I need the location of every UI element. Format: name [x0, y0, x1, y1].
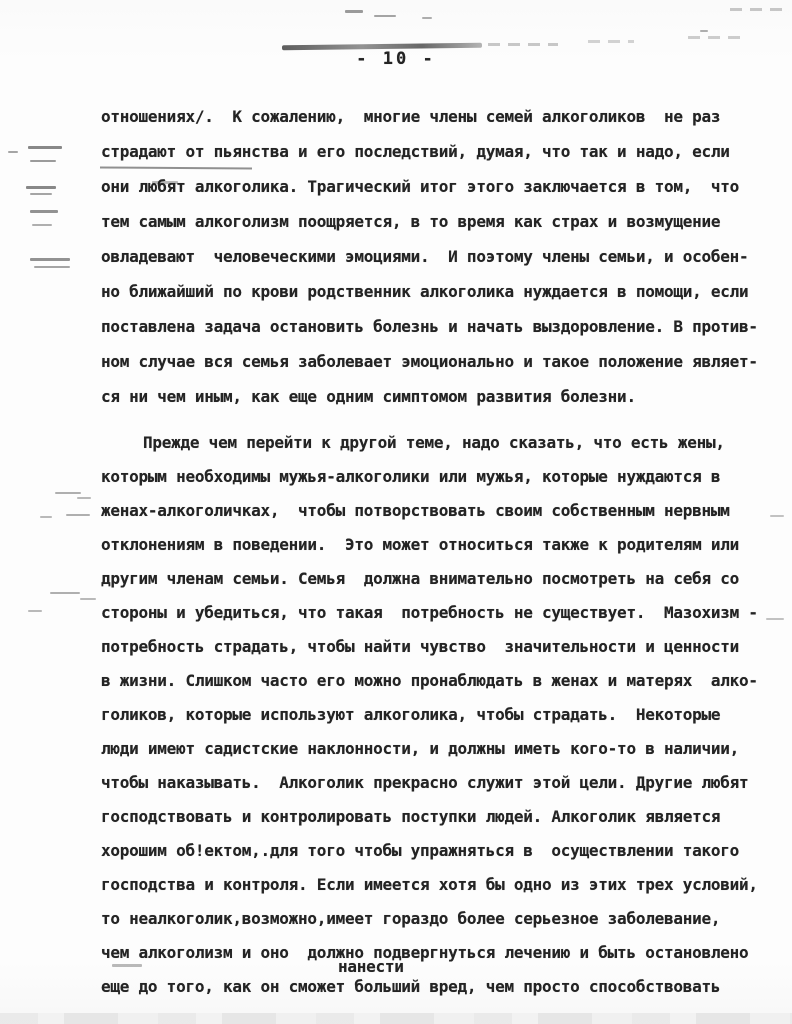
page-number: - 10 - [338, 49, 454, 69]
scan-smudge [700, 30, 708, 32]
text-line: чтобы наказывать. Алкоголик прекрасно сл… [101, 766, 777, 800]
text-line: Прежде чем перейти к другой теме, надо с… [101, 426, 777, 460]
scan-smudge [26, 186, 56, 189]
text-line: женах-алкоголичках, чтобы потворствовать… [101, 494, 777, 528]
text-line: поставлена задача остановить болезнь и н… [101, 309, 777, 344]
document-body: отношениях/. К сожалению, многие члены с… [101, 99, 777, 1004]
text-line: люди имеют садистские наклонности, и дол… [101, 732, 777, 766]
scan-smudge [30, 258, 70, 261]
text-line: страдают от пьянства и его последствий, … [101, 134, 777, 169]
scan-smudge [28, 610, 42, 612]
scan-smudge [422, 17, 432, 19]
text-line: овладевают человеческими эмоциями. И поэ… [101, 239, 777, 274]
text-line: но ближайший по крови родственник алкого… [101, 274, 777, 309]
inserted-correction-word: нанести [338, 957, 404, 976]
text-line: еще до того, как он сможет больший вред,… [101, 970, 777, 1004]
scan-smudge [8, 151, 18, 153]
paragraph: Прежде чем перейти к другой теме, надо с… [101, 426, 777, 1004]
scan-smudge [77, 497, 91, 499]
paragraph: отношениях/. К сожалению, многие члены с… [101, 99, 777, 414]
text-line: отношениях/. К сожалению, многие члены с… [101, 99, 777, 134]
scan-edge-band [0, 1013, 792, 1024]
text-line: господствовать и контролировать поступки… [101, 800, 777, 834]
text-line: отклонениям в поведении. Это может относ… [101, 528, 777, 562]
scan-smudge [374, 15, 396, 17]
scan-smudge [30, 160, 56, 162]
scan-smudge [588, 40, 634, 43]
scan-smudge [345, 10, 363, 13]
text-line: другим членам семьи. Семья должна внимат… [101, 562, 777, 596]
text-line: потребность страдать, чтобы найти чувств… [101, 630, 777, 664]
scan-smudge [30, 193, 52, 195]
text-line: то неалкоголик,возможно,имеет гораздо бо… [101, 902, 777, 936]
text-line: которым необходимы мужья-алкоголики или … [101, 460, 777, 494]
scan-smudge [50, 592, 80, 594]
document-page: - 10 - отношениях/. К сожалению, многие … [0, 0, 792, 1024]
scan-smudge [32, 224, 52, 226]
text-line: стороны и убедиться, что такая потребнос… [101, 596, 777, 630]
text-line: ся ни чем иным, как еще одним симптомом … [101, 379, 777, 414]
scan-smudge [28, 146, 62, 149]
scan-smudge [488, 43, 558, 46]
text-line: хорошим об!ектом,.для того чтобы упражня… [101, 834, 777, 868]
scan-smudge [688, 36, 744, 39]
text-line: в жизни. Слишком часто его можно пронабл… [101, 664, 777, 698]
scan-smudge [66, 514, 90, 516]
scan-smudge [80, 598, 96, 600]
scan-smudge [40, 516, 52, 518]
scan-smudge [730, 8, 782, 11]
text-line: господства и контроля. Если имеется хотя… [101, 868, 777, 902]
text-line: голиков, которые используют алкоголика, … [101, 698, 777, 732]
text-line: чем алкоголизм и оно должно подвергнутьс… [101, 936, 777, 970]
text-line: они любят алкоголика. Трагический итог э… [101, 169, 777, 204]
scan-smudge [30, 210, 58, 213]
scan-smudge [55, 492, 81, 494]
text-line: тем самым алкоголизм поощряется, в то вр… [101, 204, 777, 239]
scan-smudge [34, 266, 70, 268]
text-line: ном случае вся семья заболевает эмоциона… [101, 344, 777, 379]
